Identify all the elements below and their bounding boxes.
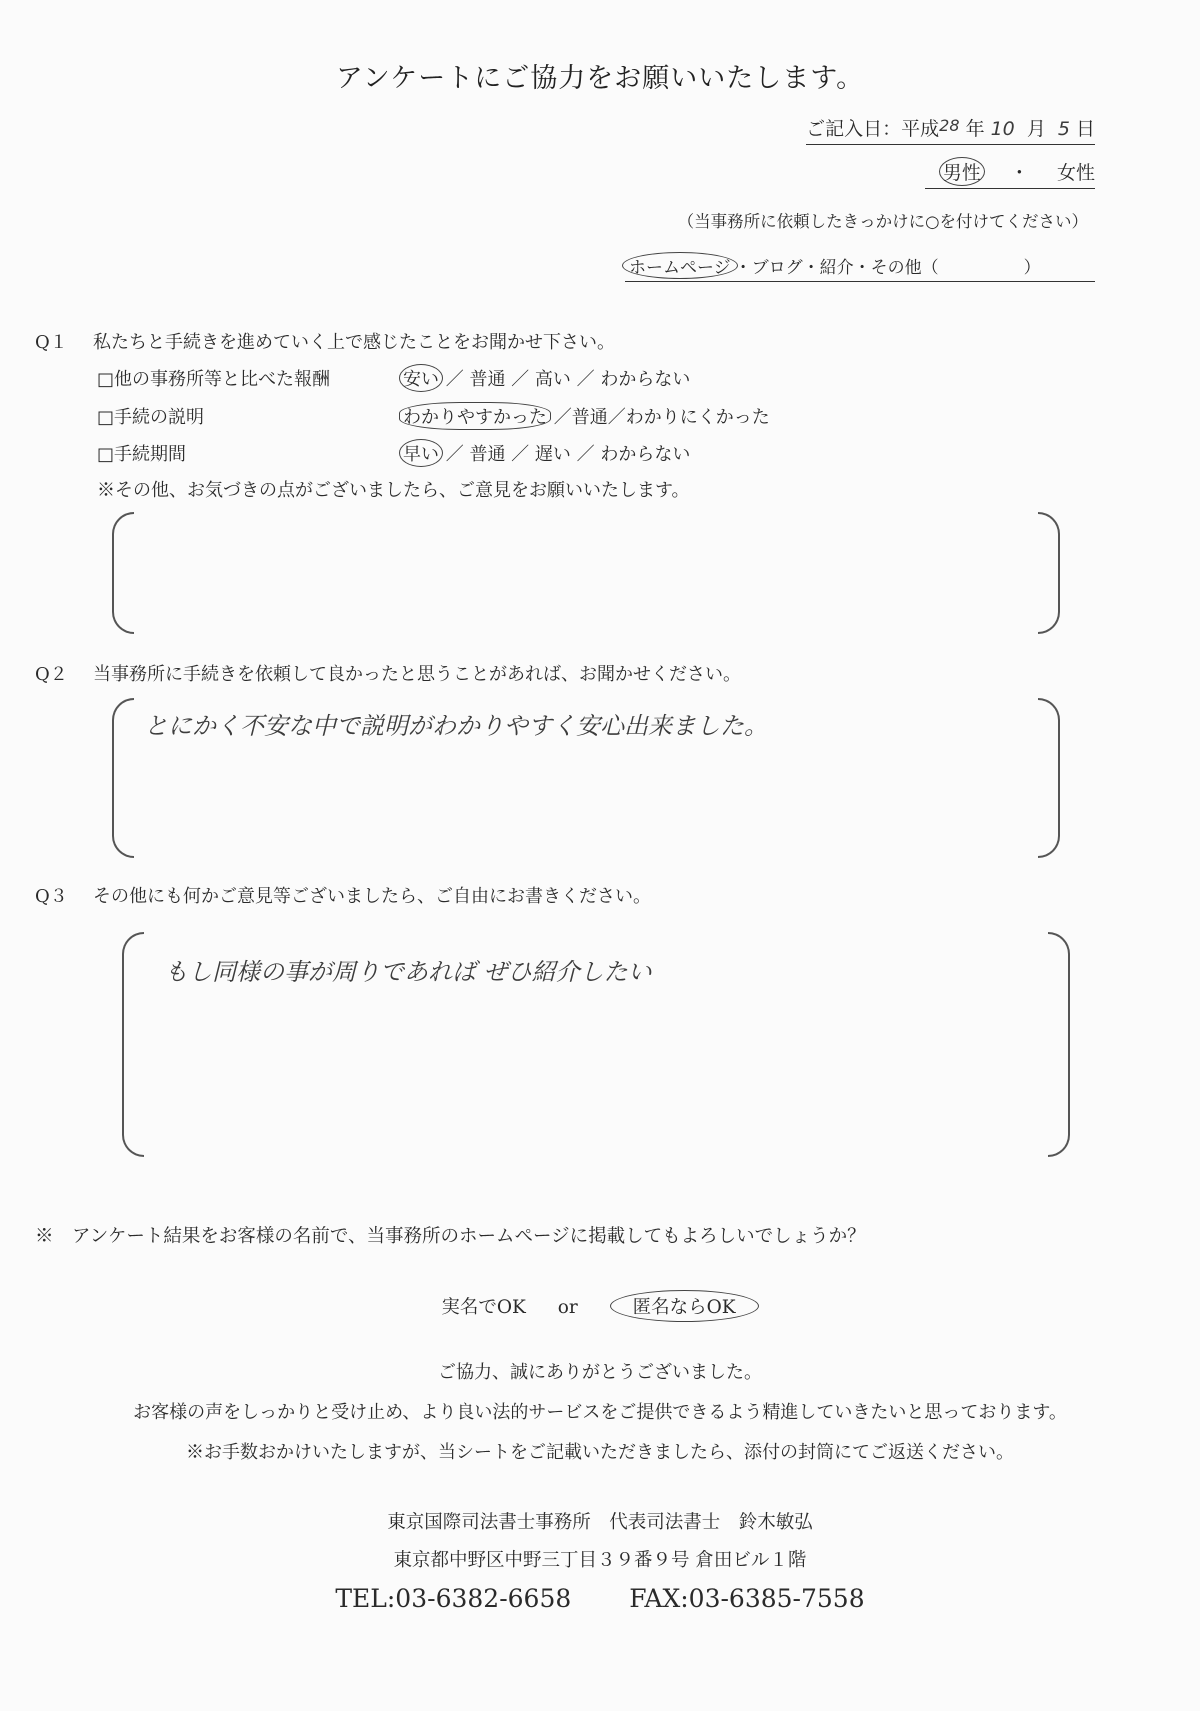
q3-answer: もし同様の事が周りであれば ぜひ紹介したい [164, 952, 652, 987]
bracket-left [112, 512, 134, 634]
source-selector: ホームページ・ブログ・紹介・その他（ ） [625, 253, 1095, 282]
publication-consent-options: 実名でOK or 匿名ならOK [0, 1290, 1200, 1322]
bracket-left [122, 932, 144, 1157]
publication-consent-question: ※ アンケート結果をお客様の名前で、当事務所のホームページに掲載してもよろしいで… [35, 1222, 866, 1248]
office-address: 東京都中野区中野三丁目３９番９号 倉田ビル１階 [0, 1546, 1200, 1572]
source-option-homepage[interactable]: ホームページ [622, 252, 738, 279]
fee-option-high[interactable]: 高い [535, 369, 571, 390]
q2-number: Q２ [35, 660, 93, 686]
year-label: 年 [966, 118, 985, 140]
date-label: ご記入日：平成 [806, 118, 939, 140]
q2-heading: Q２当事務所に手続きを依頼して良かったと思うことがあれば、お聞かせください。 [35, 660, 741, 686]
day-label: 日 [1076, 118, 1095, 140]
fee-option-cheap[interactable]: 安い [399, 364, 443, 392]
q3-number: Q３ [35, 882, 93, 908]
source-option-other[interactable]: その他（ ） [871, 258, 1041, 278]
duration-option-slow[interactable]: 遅い [535, 444, 571, 465]
q1-number: Q１ [35, 328, 93, 354]
q1-comment-box[interactable] [114, 512, 1058, 634]
duration-option-unknown[interactable]: わからない [600, 444, 690, 465]
bracket-left [112, 698, 134, 858]
bracket-right [1038, 512, 1060, 634]
fee-option-normal[interactable]: 普通 [469, 369, 505, 390]
survey-title: アンケートにご協力をお願いいたします。 [0, 56, 1200, 95]
gender-selector: 男性 ・ 女性 [925, 158, 1095, 189]
date-day[interactable]: 5 [1058, 118, 1070, 140]
entry-date: ご記入日：平成28 年10 月 5日 [806, 114, 1095, 145]
closing-message: お客様の声をしっかりと受け止め、より良い法的サービスをご提供できるよう精進してい… [0, 1398, 1200, 1424]
q1-item-fee-label[interactable]: □他の事務所等と比べた報酬 [97, 365, 330, 391]
q2-answer-box[interactable]: とにかく不安な中で説明がわかりやすく安心出来ました。 [114, 698, 1058, 858]
date-month[interactable]: 10 [991, 118, 1015, 140]
gender-separator: ・ [1010, 162, 1029, 184]
source-instruction: （当事務所に依頼したきっかけに○を付けてください） [678, 208, 1088, 232]
q1-note: ※その他、お気づきの点がございましたら、ご意見をお願いいたします。 [97, 476, 690, 502]
closing-return-instruction: ※お手数おかけいたしますが、当シートをご記載いただきましたら、添付の封筒にてご返… [0, 1438, 1200, 1464]
explanation-option-unclear[interactable]: わかりにくかった [626, 407, 770, 428]
consent-option-real-name[interactable]: 実名でOK [441, 1297, 526, 1318]
gender-option-male[interactable]: 男性 [939, 157, 985, 186]
q3-answer-box[interactable]: もし同様の事が周りであれば ぜひ紹介したい [124, 932, 1068, 1157]
contact-numbers: TEL:03-6382-6658 FAX:03-6385-7558 [0, 1584, 1200, 1613]
explanation-option-clear[interactable]: わかりやすかった [399, 402, 551, 430]
gender-option-female[interactable]: 女性 [1057, 162, 1095, 184]
q1-item-explanation-label[interactable]: □手続の説明 [97, 403, 204, 429]
bracket-right [1048, 932, 1070, 1157]
bracket-right [1038, 698, 1060, 858]
q1-item-explanation-options: わかりやすかった ／普通／わかりにくかった [402, 403, 770, 429]
office-fax: FAX:03-6385-7558 [629, 1584, 864, 1613]
q3-question: その他にも何かご意見等ございましたら、ご自由にお書きください。 [93, 886, 651, 907]
q2-question: 当事務所に手続きを依頼して良かったと思うことがあれば、お聞かせください。 [93, 664, 741, 685]
source-option-referral[interactable]: 紹介 [820, 258, 854, 278]
q1-heading: Q１私たちと手続きを進めていく上で感じたことをお聞かせ下さい。 [35, 328, 615, 354]
office-name: 東京国際司法書士事務所 代表司法書士 鈴木敏弘 [0, 1508, 1200, 1534]
closing-thanks: ご協力、誠にありがとうございました。 [0, 1358, 1200, 1384]
q2-answer: とにかく不安な中で説明がわかりやすく安心出来ました。 [144, 706, 768, 741]
consent-or: or [558, 1297, 578, 1318]
date-year[interactable]: 28 [939, 116, 959, 135]
office-tel: TEL:03-6382-6658 [335, 1584, 571, 1613]
q1-item-duration-label[interactable]: □手続期間 [97, 440, 186, 466]
duration-option-fast[interactable]: 早い [399, 439, 443, 467]
q1-question: 私たちと手続きを進めていく上で感じたことをお聞かせ下さい。 [93, 332, 615, 353]
q3-heading: Q３その他にも何かご意見等ございましたら、ご自由にお書きください。 [35, 882, 651, 908]
fee-option-unknown[interactable]: わからない [600, 369, 690, 390]
duration-option-normal[interactable]: 普通 [469, 444, 505, 465]
q1-item-duration-options: 早い ／ 普通 ／ 遅い ／ わからない [402, 440, 690, 466]
explanation-option-normal[interactable]: 普通 [572, 407, 608, 428]
q1-item-fee-options: 安い ／ 普通 ／ 高い ／ わからない [402, 365, 690, 391]
source-option-blog[interactable]: ブログ [752, 258, 803, 278]
consent-option-anonymous[interactable]: 匿名ならOK [610, 1290, 759, 1322]
month-label: 月 [1027, 118, 1046, 140]
